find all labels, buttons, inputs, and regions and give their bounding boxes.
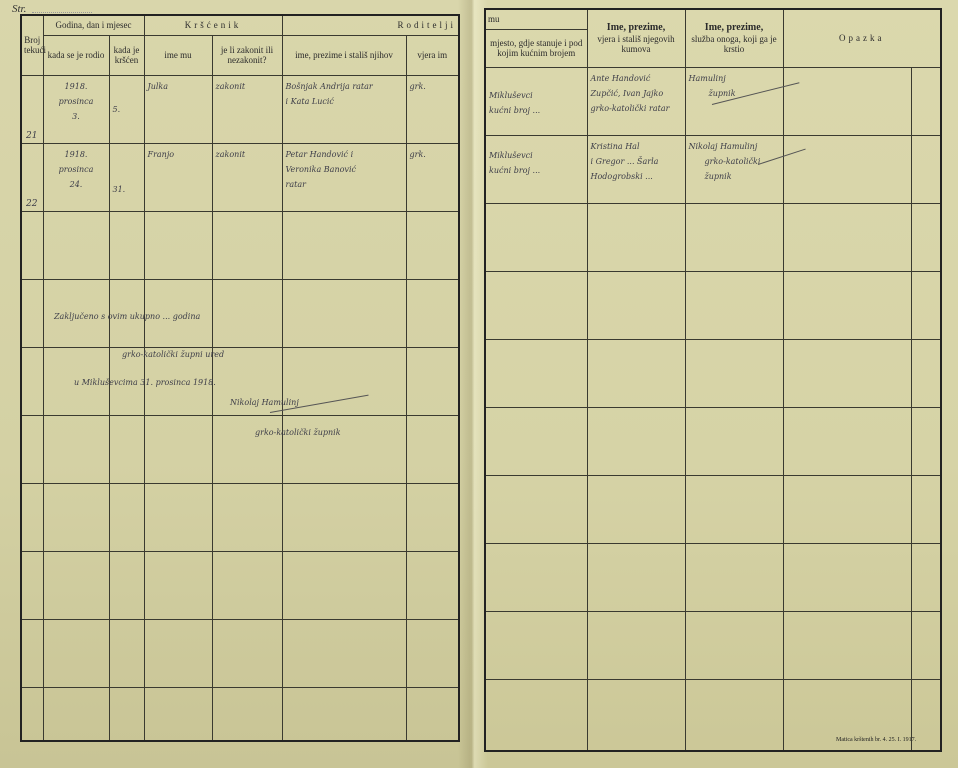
baptizer-name: Nikolaj Hamulinj	[689, 139, 780, 154]
register-row-empty	[485, 475, 941, 543]
birth-month: prosinca	[47, 162, 106, 177]
header-kumovi-sub: vjera i stališ njegovih kumova	[590, 34, 683, 55]
godparent-line: Ante Handović	[591, 71, 682, 86]
header-roditelji-group: Roditelji	[282, 15, 459, 35]
parent-line: Petar Handović i	[286, 147, 403, 162]
remark-cell	[783, 135, 911, 203]
religion: grk.	[410, 79, 456, 94]
closing-note-signature-title: grko-katolički župnik	[255, 428, 341, 437]
birth-month: prosinca	[47, 94, 106, 109]
legitimacy: zakonit	[216, 147, 279, 162]
closing-note-line3: u Mikluševcima 31. prosinca 1918.	[74, 378, 216, 387]
residence-place: Mikluševci	[489, 148, 584, 163]
baptizer-title: grko-katolički župnik	[689, 154, 780, 184]
register-row-empty	[21, 551, 459, 619]
baptism-day: 5.	[113, 102, 141, 117]
header-roditelji-tail: mu	[485, 9, 587, 29]
closing-note-signature: Nikolaj Hamulinj	[230, 398, 299, 407]
remark-cell	[783, 67, 911, 135]
register-row: 21 1918. prosinca 3. 5. Julka zakonit Bo…	[21, 75, 459, 143]
register-row: Mikluševci kućni broj ... Ante Handović …	[485, 67, 941, 135]
header-kada-krsten: kada je kršćen	[109, 35, 144, 75]
birth-year: 1918.	[47, 147, 106, 162]
register-row: 22 1918. prosinca 24. 31. Franjo zakonit…	[21, 143, 459, 211]
header-godina-group: Godina, dan i mjesec	[43, 15, 144, 35]
header-mjesto: mjesto, gdje stanuje i pod kojim kućnim …	[485, 29, 587, 67]
register-row-empty	[485, 203, 941, 271]
header-zakonit: je li zakonit ili nezakonit?	[212, 35, 282, 75]
closing-note-line2: grko-katolički župni ured	[122, 350, 224, 359]
register-row-empty	[485, 543, 941, 611]
godparent-line: Kristina Hal	[591, 139, 682, 154]
header-krstio-sub: služba onoga, koji ga je krstio	[688, 34, 781, 55]
header-krstenik-group: Kršćenik	[144, 15, 282, 35]
birth-year: 1918.	[47, 79, 106, 94]
legitimacy: zakonit	[216, 79, 279, 94]
parent-line: Bošnjak Andrija ratar	[286, 79, 403, 94]
header-vjera: vjera im	[406, 35, 459, 75]
header-ime-mu: ime mu	[144, 35, 212, 75]
register-row-empty	[21, 483, 459, 551]
printer-imprint: Matica krštenih br. 4. 25. I. 1917.	[836, 737, 916, 743]
register-row-empty	[485, 339, 941, 407]
register-row: Mikluševci kućni broj ... Kristina Hal i…	[485, 135, 941, 203]
header-broj: Broj tekući	[21, 15, 43, 75]
parent-line: i Kata Lucić	[286, 94, 403, 109]
baptism-register-right: mu Ime, prezime, vjera i stališ njegovih…	[484, 8, 942, 752]
parent-line: Veronika Banović	[286, 162, 403, 177]
header-kada-rodio: kada se je rodio	[43, 35, 109, 75]
godparent-line: Hodogrobski ...	[591, 169, 682, 184]
child-name: Julka	[148, 79, 209, 94]
baptizer-name: Hamulinj	[689, 71, 780, 86]
header-opazka: Opazka	[783, 9, 941, 67]
child-name: Franjo	[148, 147, 209, 162]
register-row-empty	[21, 619, 459, 687]
row-number: 21	[26, 131, 37, 141]
religion: grk.	[410, 147, 456, 162]
godparent-line: Zupčić, Ivan Jajko	[591, 86, 682, 101]
register-row-empty	[485, 611, 941, 679]
register-row-empty	[21, 211, 459, 279]
birth-day: 24.	[47, 177, 106, 192]
residence-place: Mikluševci	[489, 88, 584, 103]
register-row-empty	[21, 687, 459, 741]
header-ime-prezime-stalis: ime, prezime i stališ njihov	[282, 35, 406, 75]
row-number: 22	[26, 199, 37, 209]
godparent-line: grko-katolički ratar	[591, 101, 682, 116]
residence-house: kućni broj ...	[489, 103, 584, 118]
parent-line: ratar	[286, 177, 403, 192]
page-number-line	[32, 12, 92, 13]
register-row-empty	[485, 271, 941, 339]
header-kumovi-title: Ime, prezime,	[590, 22, 683, 34]
godparent-line: i Gregor ... Šarla	[591, 154, 682, 169]
closing-note-line1: Zaključeno s ovim ukupno ... godina	[54, 312, 200, 321]
birth-day: 3.	[47, 109, 106, 124]
header-krstio-title: Ime, prezime,	[688, 22, 781, 34]
register-row-empty	[485, 407, 941, 475]
residence-house: kućni broj ...	[489, 163, 584, 178]
baptism-day: 31.	[113, 182, 141, 197]
register-row-empty	[21, 415, 459, 483]
